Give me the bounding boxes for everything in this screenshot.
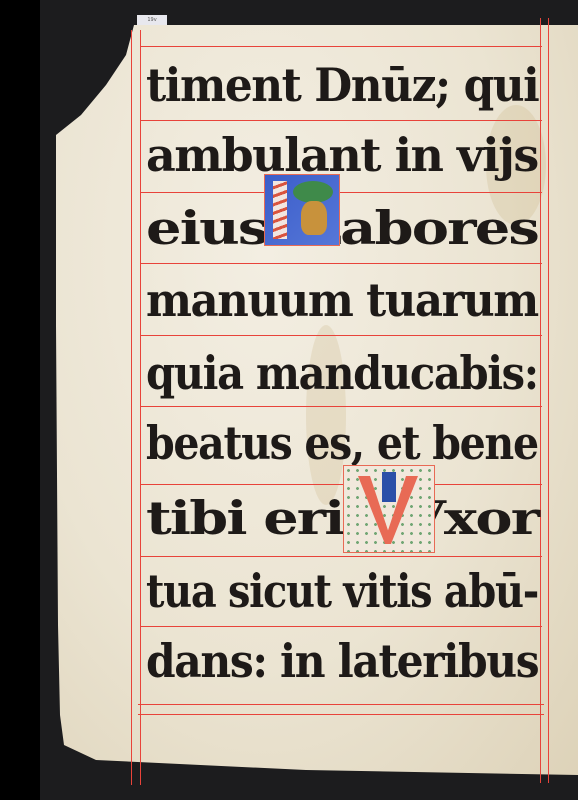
ruling-horizontal	[140, 406, 542, 407]
twisted-column	[273, 181, 287, 239]
ruling-vertical	[548, 18, 549, 783]
folio-tag: 19v	[137, 15, 167, 25]
illuminated-initial-l	[264, 174, 340, 246]
ruling-horizontal	[140, 263, 542, 264]
ruling-horizontal	[138, 714, 544, 715]
ruling-horizontal	[140, 556, 542, 557]
ruling-horizontal	[138, 704, 544, 705]
ruling-vertical	[540, 18, 541, 783]
text-line: quia manducabis:	[146, 350, 538, 396]
ruling-horizontal	[140, 46, 542, 47]
ruling-vertical	[131, 30, 132, 785]
text-line: manuum tuarum	[146, 277, 538, 323]
flower-bouquet	[293, 181, 333, 203]
vase	[301, 201, 327, 235]
text-line: timent Dnūz; qui	[146, 62, 538, 108]
ruling-vertical	[140, 30, 141, 785]
text-line: dans: in lateribus	[146, 638, 538, 684]
ruling-horizontal	[140, 626, 542, 627]
text-line: ambulant in vijs	[146, 132, 538, 178]
ruling-horizontal	[140, 120, 542, 121]
ruling-horizontal	[140, 484, 542, 485]
text-line: beatus es, et bene	[146, 420, 538, 466]
illuminated-initial-v	[343, 465, 435, 553]
ruling-horizontal	[140, 192, 542, 193]
text-line: eius. Labores	[146, 205, 538, 251]
text-line: tua sicut vitis abū-	[146, 568, 538, 614]
ruling-horizontal	[140, 335, 542, 336]
figure	[382, 472, 396, 502]
